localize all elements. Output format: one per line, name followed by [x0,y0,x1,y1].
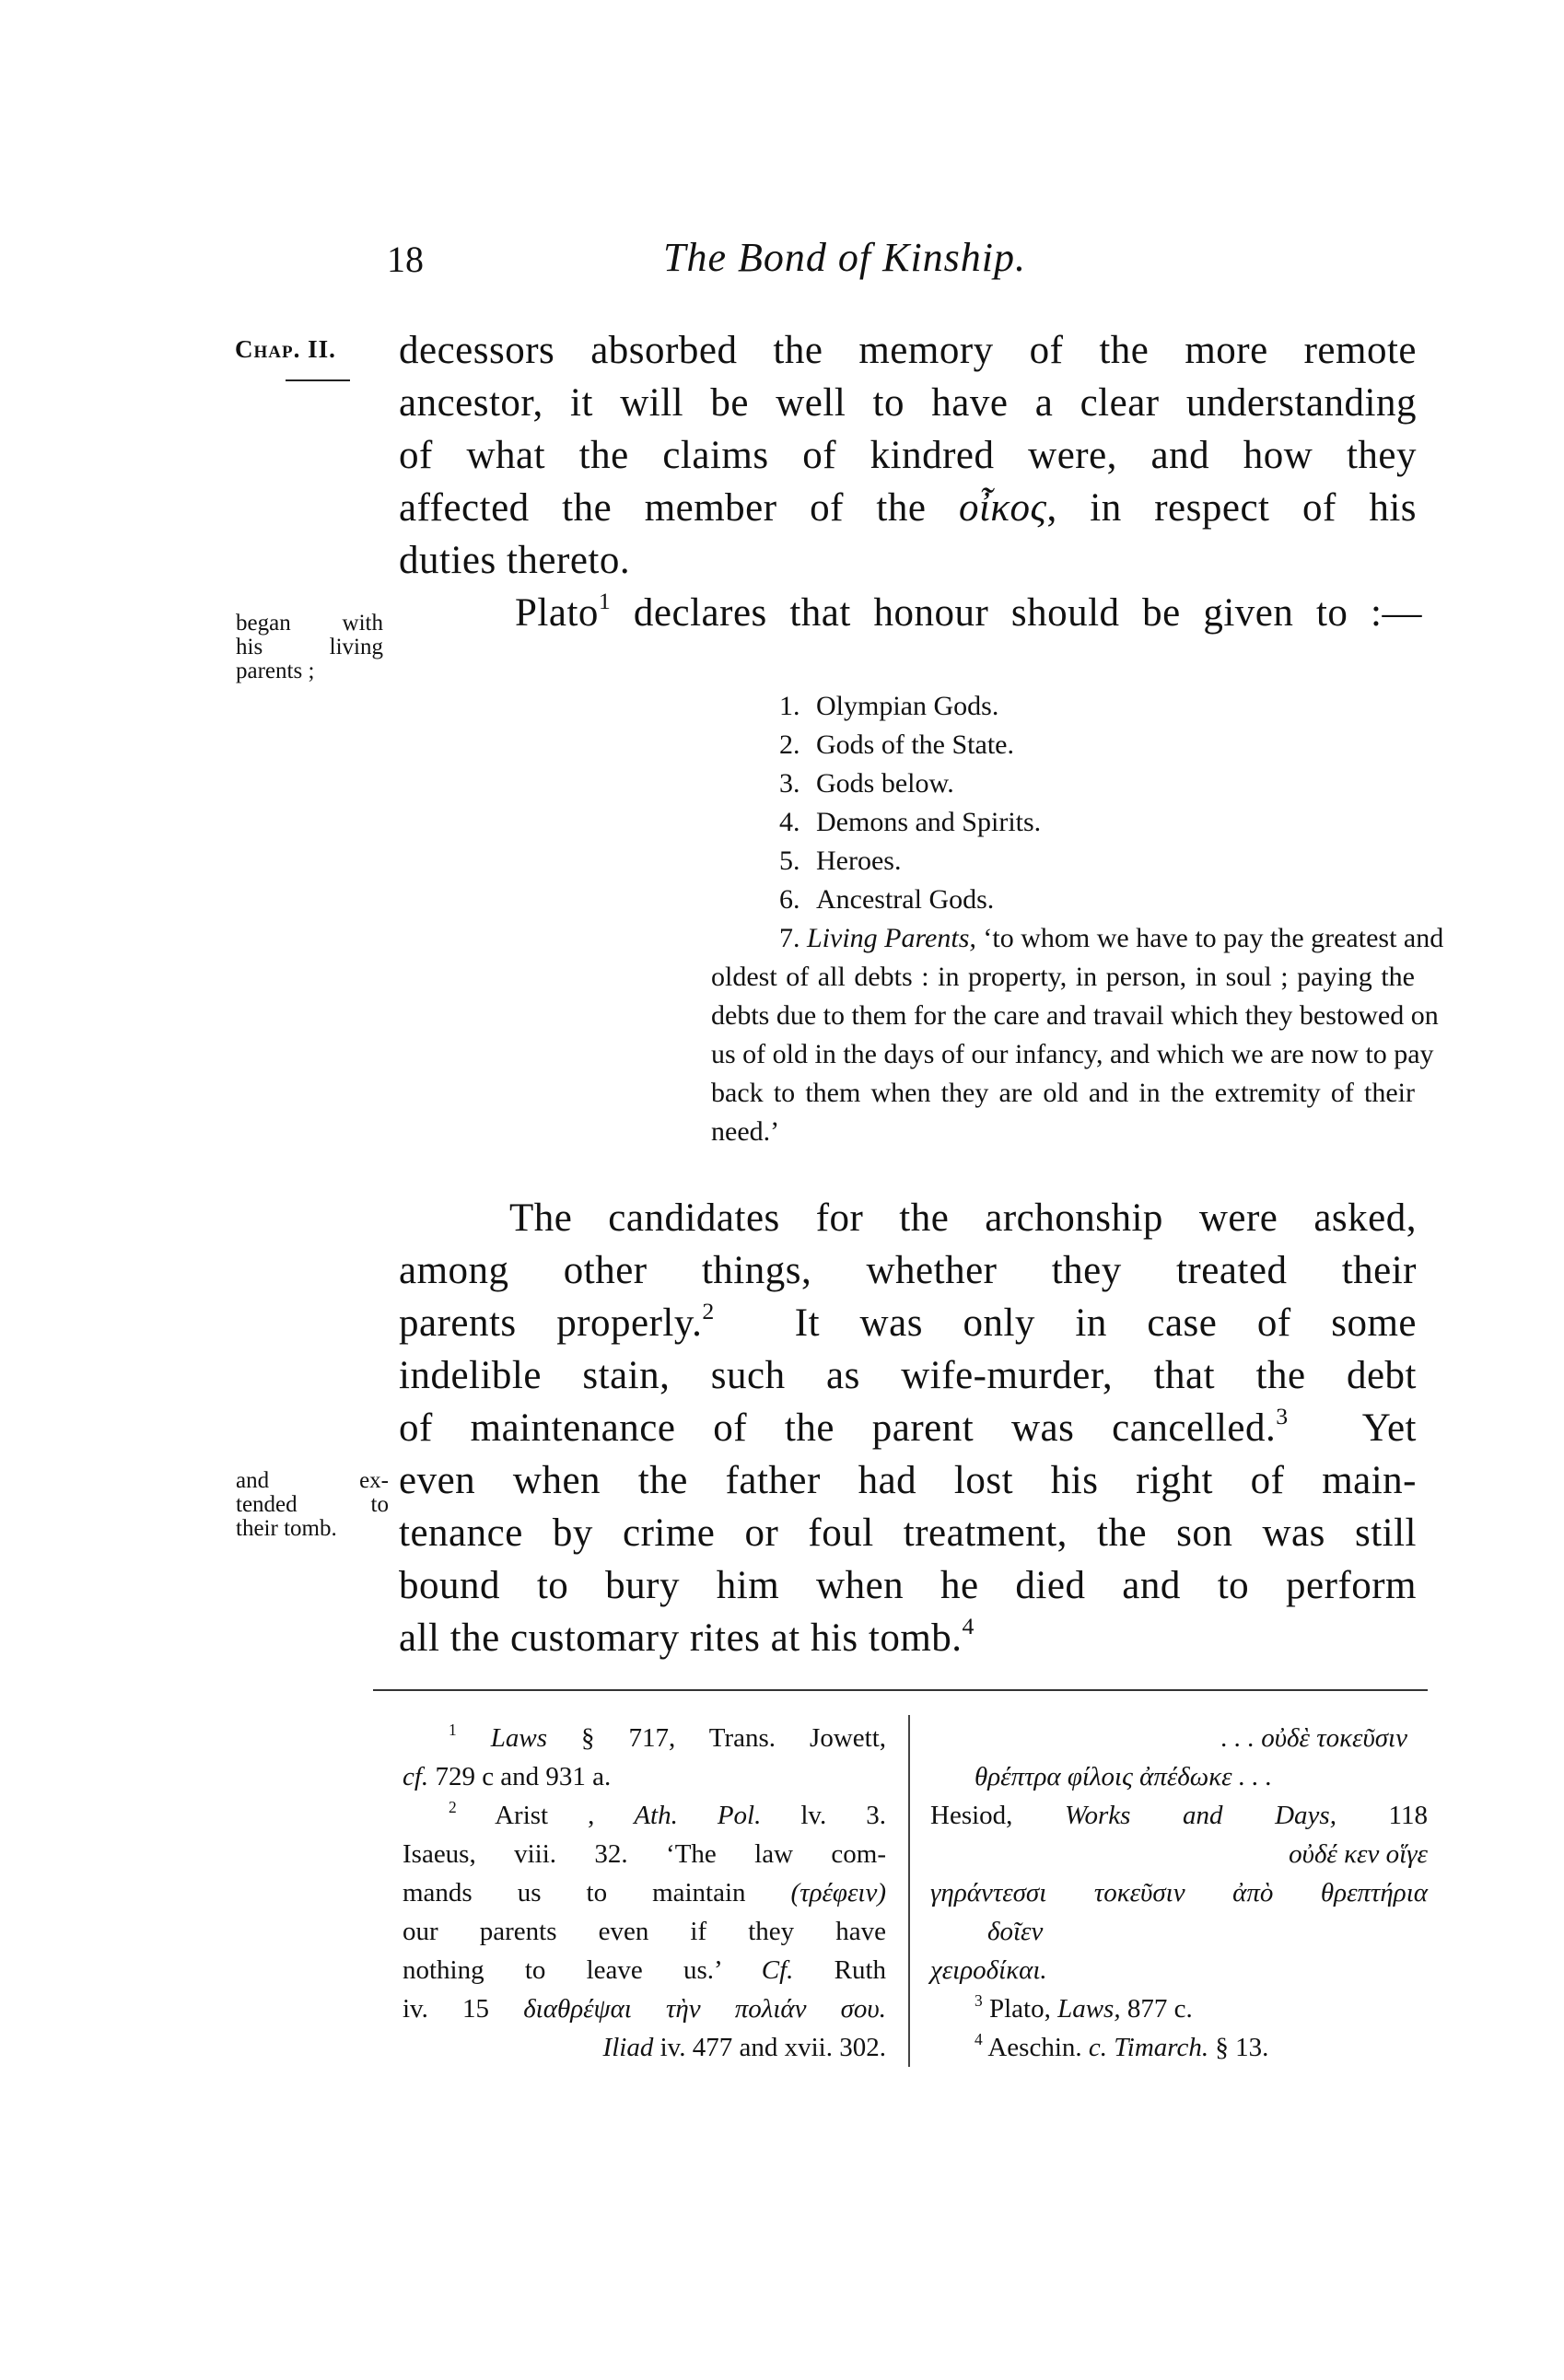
body-line: affected the member of the οἶκος, in res… [399,482,1417,534]
footnote-3: 3 Plato, Laws, 877 c. [930,1989,1428,2028]
body-line: decessors absorbed the memory of the mor… [399,324,1417,377]
greek-oikos: οἶκος [959,486,1047,530]
body-line: The candidates for the archonship were a… [399,1192,1417,1244]
footnote-greek-line: γηράντεσσι τοκεῦσιν ἀπὸ θρεπτήρια [930,1873,1428,1912]
margin-note-line: began with [236,612,383,636]
quote-line: 7. Living Parents, ‘to whom we have to p… [711,919,1415,958]
footnote-4: 4 Aeschin. c. Timarch. § 13. [930,2028,1428,2067]
footnote-line: our parents even if they have [403,1912,886,1951]
body-line: duties thereto. [399,534,1417,587]
footnote-line: nothing to leave us.’ Cf. Ruth [403,1951,886,1989]
list-item: 4.Demons and Spirits. [779,803,1041,842]
footnote-line: iv. 15 διαθρέψαι τὴν πολιάν σου. [403,1989,886,2028]
footnote-2: 2 Arist , Ath. Pol. lv. 3. [403,1796,886,1835]
footnote-ref: 4 [963,1613,975,1639]
body-line: bound to bury him when he died and to pe… [399,1559,1417,1612]
body-line: indelible stain, such as wife-murder, th… [399,1349,1417,1402]
margin-note-line: their tomb. [236,1517,389,1541]
margin-note-line: and ex- [236,1469,389,1493]
footnote-ref: 1 [599,588,611,614]
margin-note-line: parents ; [236,659,383,683]
body-line: of maintenance of the parent was cancell… [399,1402,1417,1454]
quote-line: need.’ [711,1113,1415,1151]
quote-line: debts due to them for the care and trava… [711,997,1415,1035]
list-item: 1.Olympian Gods. [779,687,998,726]
footnote-greek-line: χειροδίκαι. [930,1951,1428,1989]
body-line: ancestor, it will be well to have a clea… [399,377,1417,429]
body-line: of what the claims of kindred were, and … [399,429,1417,482]
footnote-line: mands us to maintain (τρέφειν) [403,1873,886,1912]
footnote-greek-line: δοῖεν [930,1912,1428,1951]
footnote-greek-line: . . . οὐδὲ τοκεῦσιν [930,1719,1428,1757]
margin-note-line: tended to [236,1493,389,1517]
footnote-rule [373,1689,1428,1691]
footnote-greek-line: οὐδέ κεν οἵγε [930,1835,1428,1873]
running-title: The Bond of Kinship. [663,234,1026,281]
list-item: 5.Heroes. [779,842,901,881]
body-line: among other things, whether they treated… [399,1244,1417,1297]
footnote-1: 1 Laws § 717, Trans. Jowett, [403,1719,886,1757]
body-line: parents properly.2 It was only in case o… [399,1297,1417,1349]
footnote-ref: 2 [702,1298,714,1324]
footnote-line: Iliad iv. 477 and xvii. 302. [403,2028,886,2067]
footnote-ref: 3 [1276,1403,1288,1429]
list-item: 2.Gods of the State. [779,726,1014,764]
page-number: 18 [387,238,424,281]
footnote-column-divider [908,1715,910,2067]
footnote-line: Hesiod, Works and Days, 118 [930,1796,1428,1835]
body-line: tenance by crime or foul treatment, the … [399,1507,1417,1559]
footnote-line: Isaeus, viii. 32. ‘The law com- [403,1835,886,1873]
plato-intro-line: Plato1 declares that honour should be gi… [399,587,1422,639]
margin-note-living-parents: began with his living parents ; [236,612,383,683]
quote-line: us of old in the days of our infancy, an… [711,1035,1415,1074]
margin-note-line: his living [236,636,383,659]
quote-line: oldest of all debts : in property, in pe… [711,958,1415,997]
list-item: 6.Ancestral Gods. [779,881,994,919]
body-line: all the customary rites at his tomb.4 [399,1612,1417,1664]
quote-line: back to them when they are old and in th… [711,1074,1415,1113]
footnote-line: cf. 729 c and 931 a. [403,1757,886,1796]
list-item: 3.Gods below. [779,764,954,803]
chapter-rule-divider [286,379,350,381]
margin-note-tomb: and ex- tended to their tomb. [236,1469,389,1541]
body-line: even when the father had lost his right … [399,1454,1417,1507]
chapter-margin-label: Chap. II. [235,337,336,361]
footnote-greek-line: θρέπτρα φίλοις ἀπέδωκε . . . [930,1757,1428,1796]
